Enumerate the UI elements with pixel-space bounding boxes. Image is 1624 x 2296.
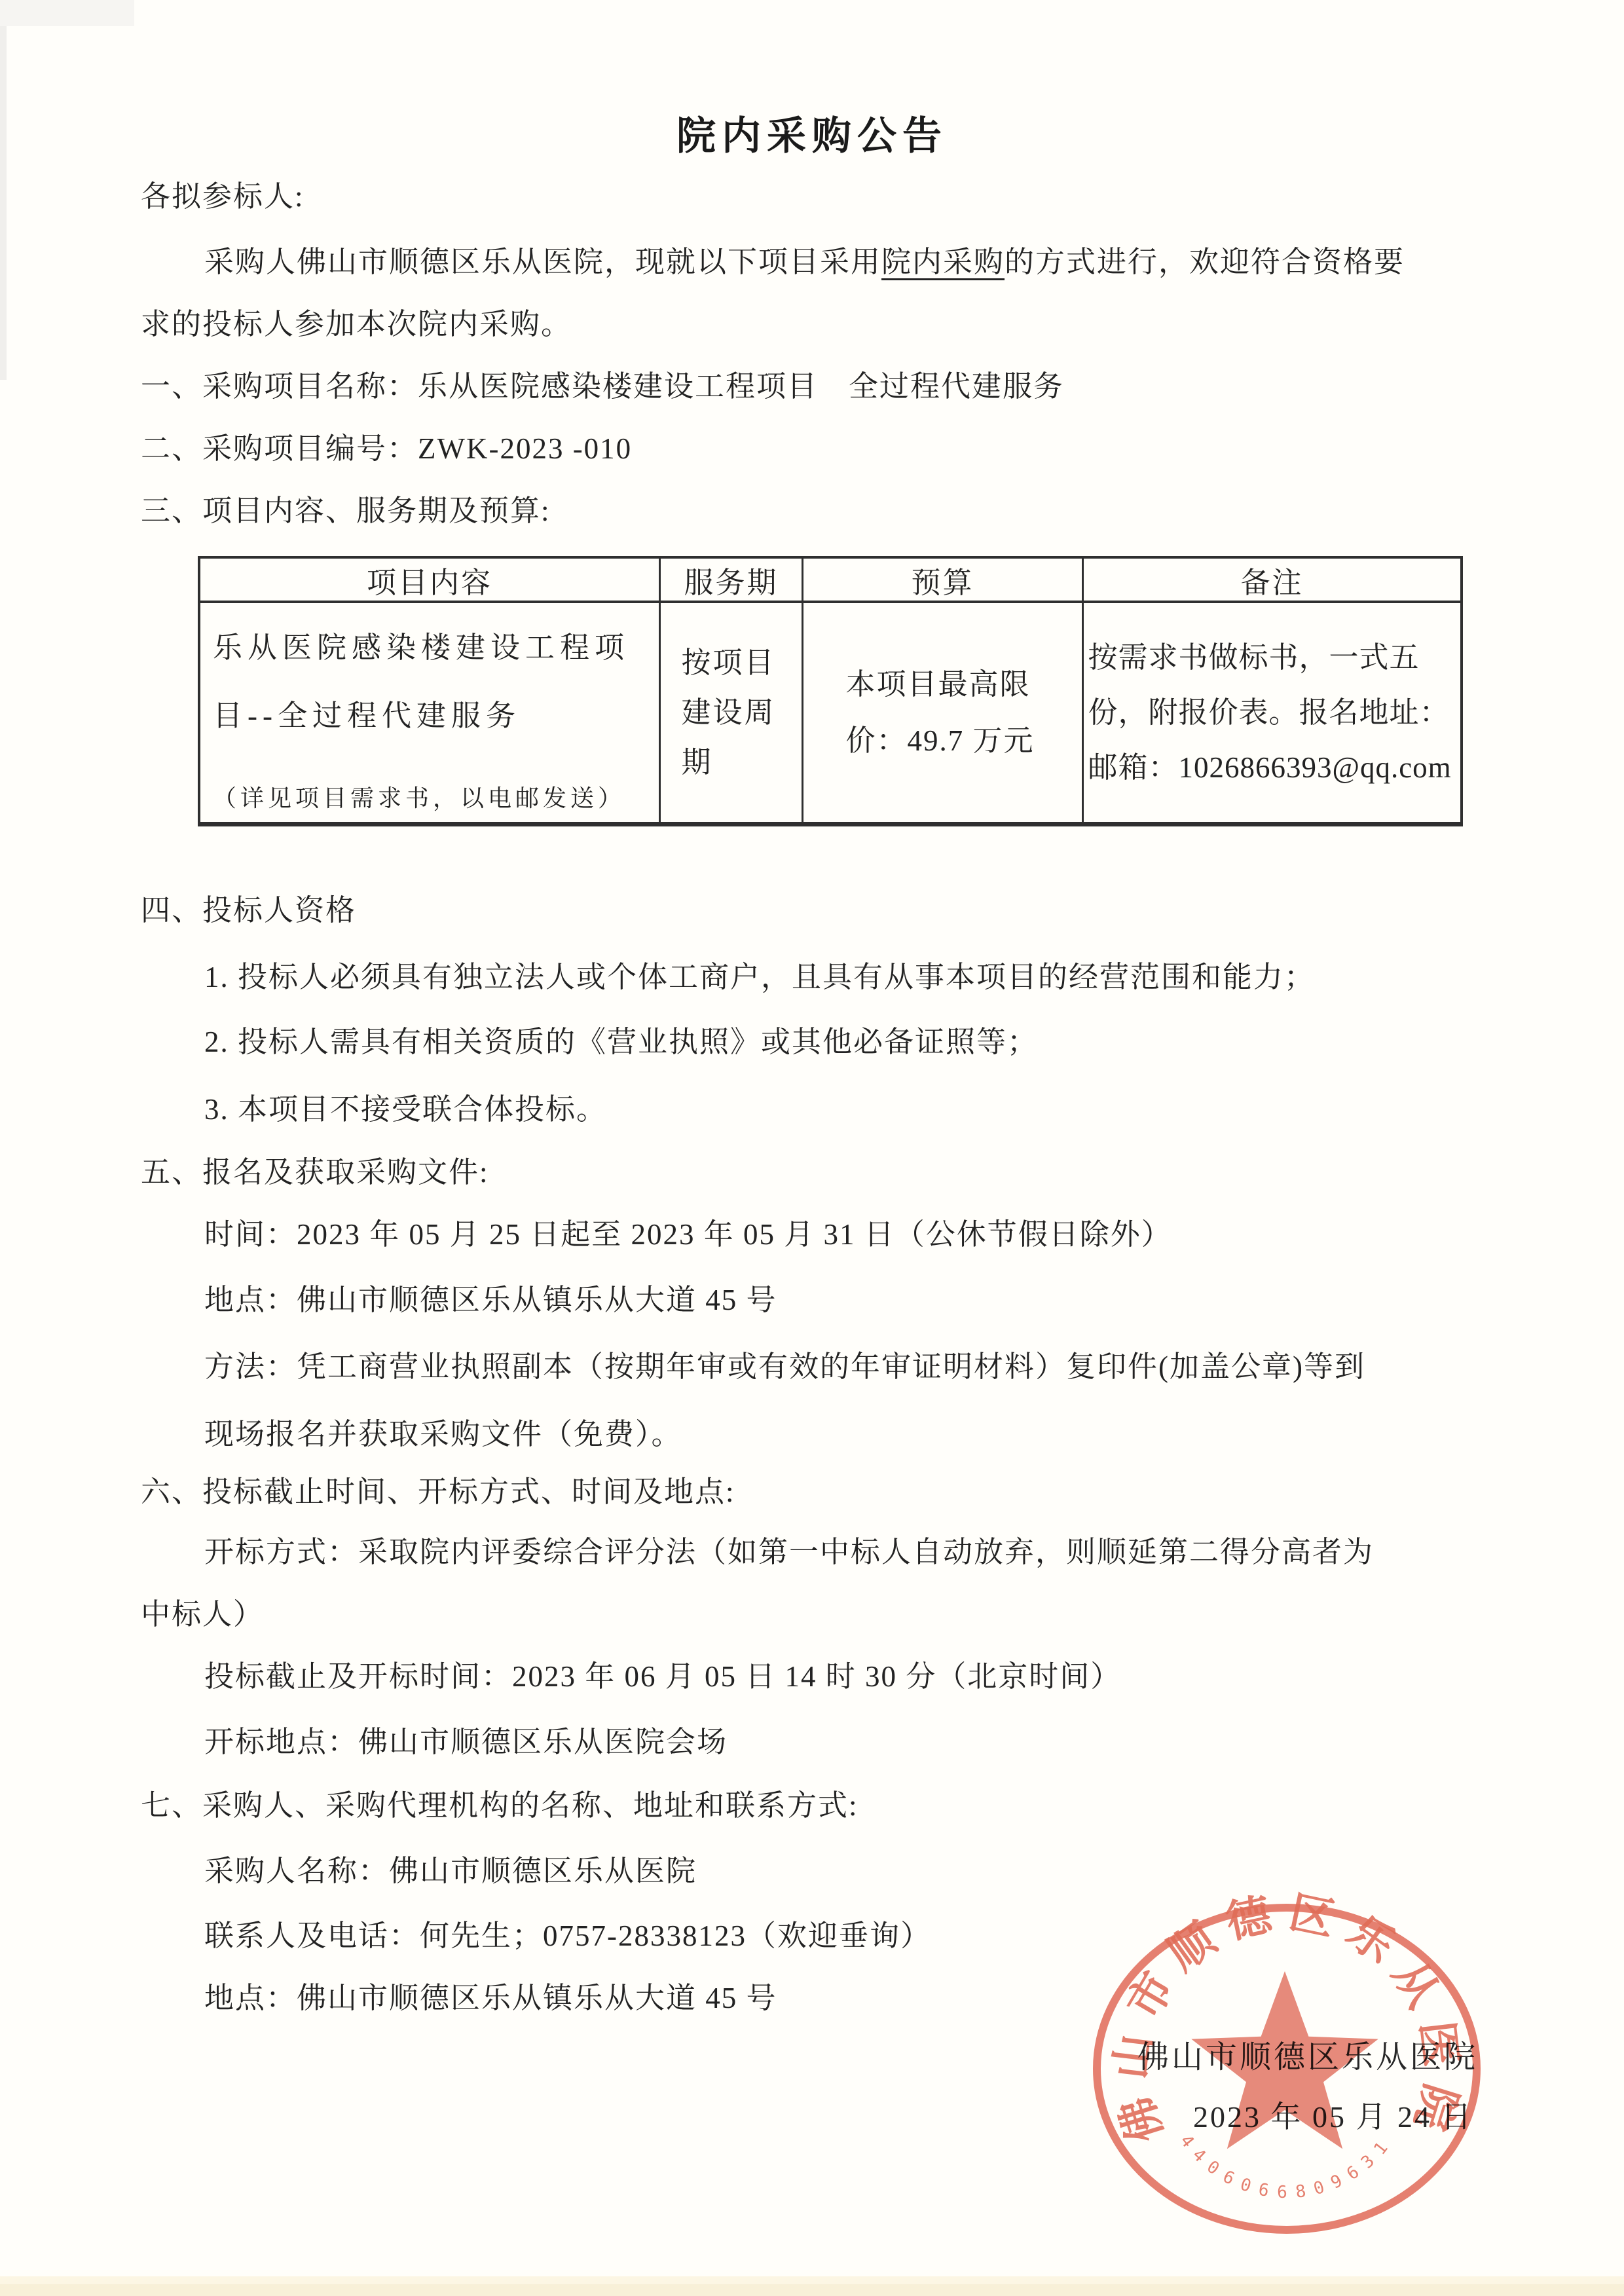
intro-paragraph-line-2: 求的投标人参加本次院内采购。 <box>141 292 572 356</box>
cell-remark: 按需求书做标书，一式五 份，附报价表。报名地址： 邮箱：1026866393@q… <box>1082 601 1460 822</box>
col-header-service-period: 服务期 <box>659 559 802 601</box>
bid-opening-method-line: 开标方式：采取院内评委综合评分法（如第一中标人自动放弃，则顺延第二得分高者为 <box>204 1520 1374 1584</box>
stamp-code-text: 4406066809631 <box>1176 2132 1398 2202</box>
contact-line: 联系人及电话：何先生；0757-28338123（欢迎垂询） <box>204 1904 931 1968</box>
qualification-item-2: 2. 投标人需具有相关资质的《营业执照》或其他必备证照等； <box>204 1010 1038 1074</box>
section-5-heading: 五、报名及获取采购文件: <box>141 1140 489 1204</box>
scan-artifact-left-edge <box>0 26 7 380</box>
col-header-budget: 预算 <box>802 559 1082 601</box>
section-6-heading: 六、投标截止时间、开标方式、时间及地点: <box>141 1460 735 1524</box>
cell-service-period: 按项目建设周期 <box>659 601 802 822</box>
buyer-address-line: 地点：佛山市顺德区乐从镇乐从大道 45 号 <box>204 1966 777 2030</box>
bid-opening-method-line-2: 中标人） <box>141 1582 264 1646</box>
qualification-item-1: 1. 投标人必须具有独立法人或个体工商户，且具有从事本项目的经营范围和能力； <box>204 945 1315 1009</box>
cell-budget: 本项目最高限 价：49.7 万元 <box>802 601 1082 822</box>
qualification-item-3: 3. 本项目不接受联合体投标。 <box>204 1077 607 1141</box>
procurement-table: 项目内容 服务期 预算 备注 乐从医院感染楼建设工程项 目--全过程代建服务 （… <box>198 556 1463 826</box>
underlined-procurement-term: 院内采购 <box>881 246 1005 278</box>
intro-text-post: 的方式进行，欢迎符合资格要 <box>1005 246 1405 278</box>
project-content-note: （详见项目需求书，以电邮发送） <box>213 785 646 811</box>
stamp-code-text-wrap: 4406066809631 <box>1176 2132 1398 2202</box>
scan-artifact-bottom-edge <box>0 2284 1624 2296</box>
scan-artifact-corner <box>0 0 134 26</box>
budget-text: 本项目最高限 价：49.7 万元 <box>846 656 1040 769</box>
registration-place-line: 地点：佛山市顺德区乐从镇乐从大道 45 号 <box>204 1268 777 1332</box>
cell-project-content: 乐从医院感染楼建设工程项 目--全过程代建服务 （详见项目需求书，以电邮发送） <box>200 601 659 822</box>
salutation-line: 各拟参标人: <box>141 164 304 229</box>
section-3-heading: 三、项目内容、服务期及预算: <box>141 479 551 543</box>
intro-paragraph-line-1: 采购人佛山市顺德区乐从医院，现就以下项目采用院内采购的方式进行，欢迎符合资格要 <box>204 230 1405 294</box>
page-title: 院内采购公告 <box>0 98 1624 174</box>
section-2-project-number: 二、采购项目编号：ZWK-2023 -010 <box>141 417 632 481</box>
service-period-text: 按项目建设周期 <box>682 638 781 787</box>
bid-deadline-line: 投标截止及开标时间：2023 年 06 月 05 日 14 时 30 分（北京时… <box>204 1644 1121 1709</box>
col-header-content: 项目内容 <box>200 559 659 601</box>
intro-text-pre: 采购人佛山市顺德区乐从医院，现就以下项目采用 <box>204 246 881 278</box>
buyer-name-line: 采购人名称：佛山市顺德区乐从医院 <box>204 1839 697 1903</box>
stamp-star-icon <box>1191 1971 1378 2149</box>
col-header-remark: 备注 <box>1082 559 1460 601</box>
registration-time-line: 时间：2023 年 05 月 25 日起至 2023 年 05 月 31 日（公… <box>204 1202 1172 1267</box>
document-page: 院内采购公告 各拟参标人: 采购人佛山市顺德区乐从医院，现就以下项目采用院内采购… <box>0 0 1624 2296</box>
registration-method-line: 方法：凭工商营业执照副本（按期年审或有效的年审证明材料）复印件(加盖公章)等到 <box>204 1335 1365 1399</box>
registration-method-line-2: 现场报名并获取采购文件（免费）。 <box>204 1402 682 1466</box>
section-7-heading: 七、采购人、采购代理机构的名称、地址和联系方式: <box>141 1773 858 1838</box>
bid-opening-venue-line: 开标地点：佛山市顺德区乐从医院会场 <box>204 1710 728 1774</box>
project-content-text: 乐从医院感染楼建设工程项 目--全过程代建服务 <box>213 614 646 750</box>
official-stamp: 佛山市顺德区乐从医院 4406066809631 <box>1084 1885 1490 2251</box>
remark-text: 按需求书做标书，一式五 份，附报价表。报名地址： 邮箱：1026866393@q… <box>1088 630 1456 795</box>
section-4-heading: 四、投标人资格 <box>141 878 356 942</box>
scan-artifact-bottom-band <box>0 2276 1624 2284</box>
section-1-project-name: 一、采购项目名称：乐从医院感染楼建设工程项目 全过程代建服务 <box>141 354 1064 418</box>
